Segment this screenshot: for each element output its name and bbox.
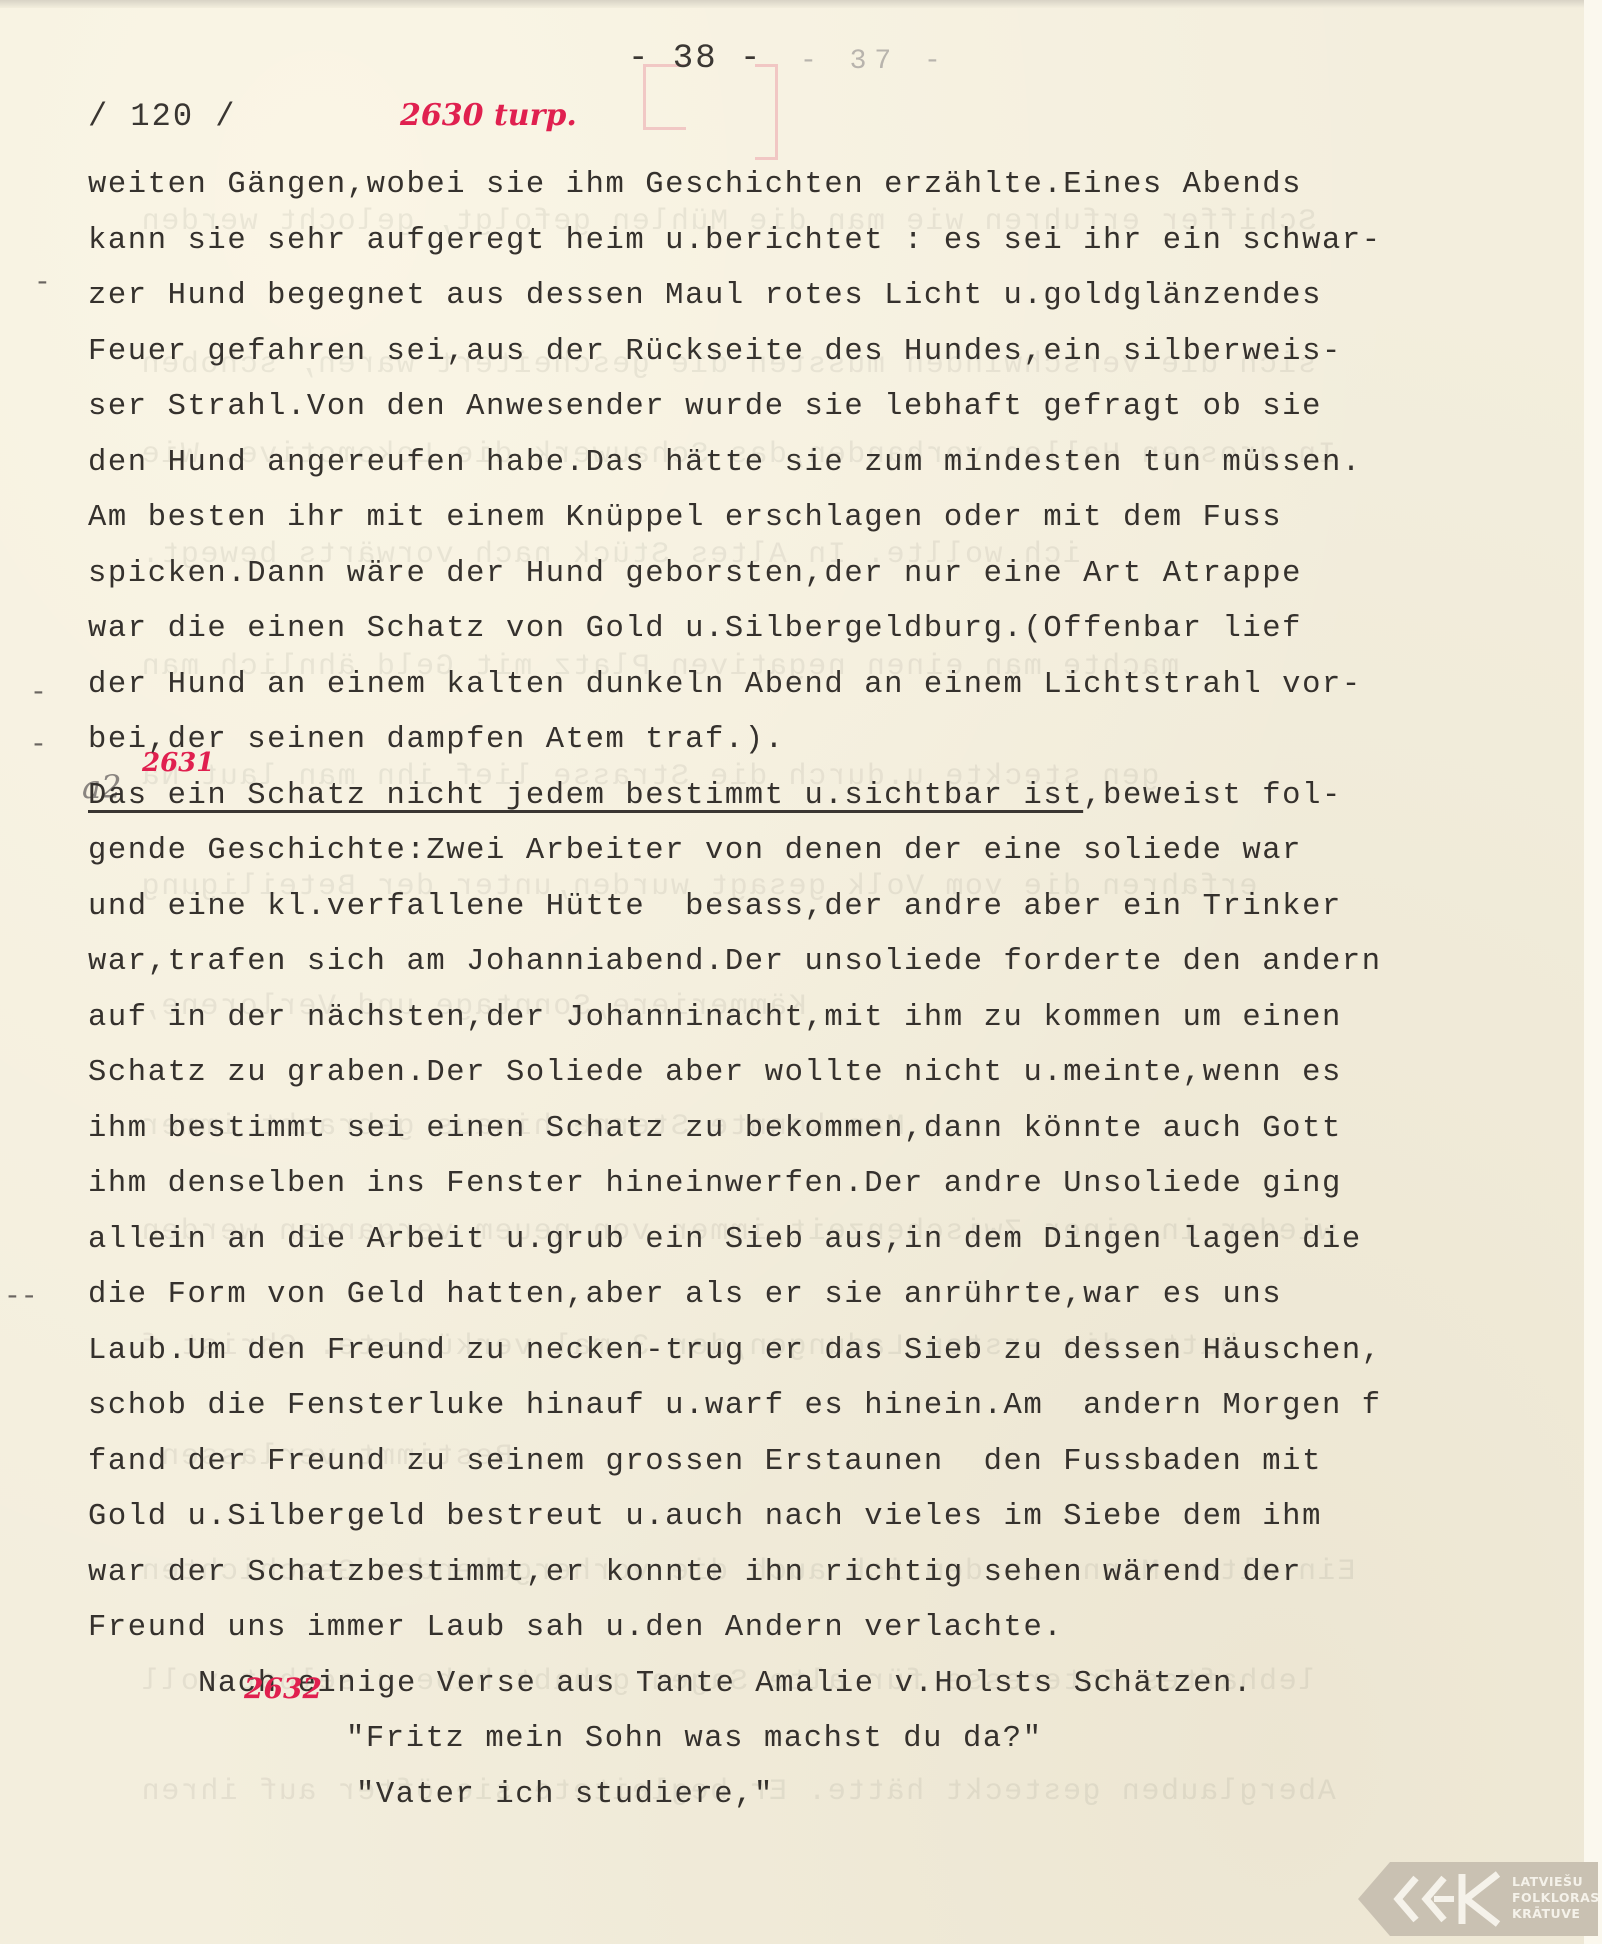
text-line: bei,der seinen dampfen Atem traf.). <box>88 713 1588 769</box>
text-line: auf in der nächsten,der Johanninacht,mit… <box>88 991 1588 1047</box>
margin-dash: - <box>34 268 51 299</box>
text-line: war die einen Schatz von Gold u.Silberge… <box>88 602 1588 658</box>
text-line: kann sie sehr aufgeregt heim u.berichtet… <box>88 214 1588 270</box>
verse-line: "Vater ich studiere," <box>88 1768 1588 1824</box>
text-line: Laub.Um den Freund zu necken-trug er das… <box>88 1324 1588 1380</box>
archive-logo: LATVIEŠU FOLKLORAS KRĀTUVE <box>1358 1862 1598 1936</box>
text-line: die Form von Geld hatten,aber als er sie… <box>88 1268 1588 1324</box>
page-number: - 38 - <box>628 40 762 78</box>
text-line: zer Hund begegnet aus dessen Maul rotes … <box>88 269 1588 325</box>
document-page: Schiffer erfuhren wie man die Mühlen gef… <box>0 0 1602 1944</box>
margin-dash: -- <box>4 1282 38 1313</box>
text-line: spicken.Dann wäre der Hund geborsten,der… <box>88 547 1588 603</box>
text-line: Feuer gefahren sei,aus der Rückseite des… <box>88 325 1588 381</box>
handwritten-annotation-2632: 2632 <box>244 1672 322 1705</box>
handwritten-annotation-2630: 2630 turp. <box>400 98 577 133</box>
text-line: Freund uns immer Laub sah u.den Andern v… <box>88 1601 1588 1657</box>
text-line: und eine kl.verfallene Hütte besass,der … <box>88 880 1588 936</box>
text-line: Gold u.Silbergeld bestreut u.auch nach v… <box>88 1490 1588 1546</box>
underlined-heading-text: Das ein Schatz nicht jedem bestimmt u.si… <box>88 779 1083 813</box>
archive-number: / 120 / <box>88 98 236 135</box>
text-line: Am besten ihr mit einem Knüppel erschlag… <box>88 491 1588 547</box>
logo-text: LATVIEŠU FOLKLORAS KRĀTUVE <box>1512 1874 1600 1922</box>
margin-dash: - <box>30 730 47 761</box>
text-line: den Hund angereufen habe.Das hätte sie z… <box>88 436 1588 492</box>
logo-line: FOLKLORAS <box>1512 1890 1600 1906</box>
paper-top-edge <box>0 0 1602 8</box>
text-line: ser Strahl.Von den Anwesender wurde sie … <box>88 380 1588 436</box>
text-line: gende Geschichte:Zwei Arbeiter von denen… <box>88 824 1588 880</box>
text-line-underlined: Das ein Schatz nicht jedem bestimmt u.si… <box>88 769 1588 825</box>
red-stamp-bracket-right <box>755 64 778 160</box>
text-line: schob die Fensterluke hinauf u.warf es h… <box>88 1379 1588 1435</box>
text-line: ihm bestimmt sei einen Schatz zu bekomme… <box>88 1102 1588 1158</box>
text-line: weiten Gängen,wobei sie ihm Geschichten … <box>88 158 1588 214</box>
text-line: fand der Freund zu seinem grossen Erstau… <box>88 1435 1588 1491</box>
margin-dash: - <box>30 678 47 709</box>
text-line: der Hund an einem kalten dunkeln Abend a… <box>88 658 1588 714</box>
page-header: - 38 - - 37 - <box>0 40 1602 90</box>
text-line: Schatz zu graben.Der Soliede aber wollte… <box>88 1046 1588 1102</box>
text-line: ihm denselben ins Fenster hineinwerfen.D… <box>88 1157 1588 1213</box>
verse-line: "Fritz mein Sohn was machst du da?" <box>88 1712 1588 1768</box>
text-line: war der Schatzbestimmt,er konnte ihn ric… <box>88 1546 1588 1602</box>
typed-body-text: weiten Gängen,wobei sie ihm Geschichten … <box>88 158 1588 1823</box>
logo-line: KRĀTUVE <box>1512 1906 1600 1922</box>
old-page-number: - 37 - <box>800 46 949 77</box>
text-line: war,trafen sich am Johanniabend.Der unso… <box>88 935 1588 991</box>
logo-line: LATVIEŠU <box>1512 1874 1600 1890</box>
text-line-rest: ,beweist fol- <box>1083 779 1342 813</box>
text-line: allein an die Arbeit u.grub ein Sieb aus… <box>88 1213 1588 1269</box>
